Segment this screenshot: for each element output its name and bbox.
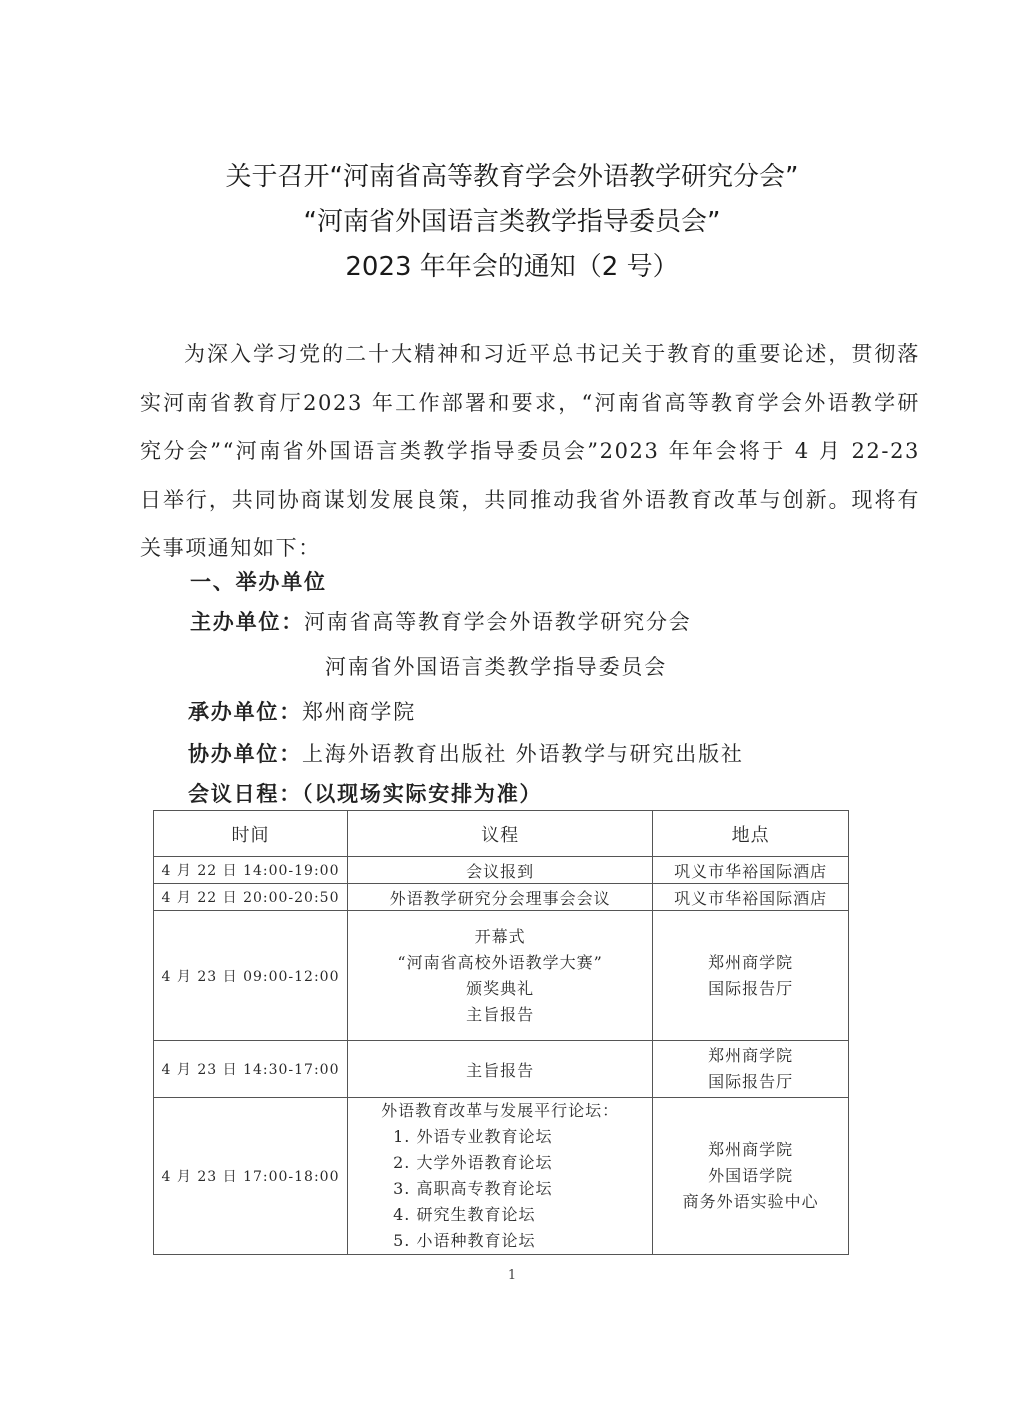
cell-agenda: 主旨报告 [348,1041,653,1098]
host-line-1: 河南省高等教育学会外语教学研究分会 [304,610,692,634]
agenda-line: 颁奖典礼 [352,976,648,1002]
doc-title-line-3: 2023 年年会的通知（2 号） [0,246,1024,283]
table-header-row: 时间 议程 地点 [154,811,849,857]
cell-venue: 郑州商学院 国际报告厅 [653,911,849,1041]
header-time: 时间 [154,811,348,857]
agenda-line: 外语教育改革与发展平行论坛： [381,1098,619,1124]
section-heading: 一、举办单位 [190,566,327,596]
venue-line: 外国语学院 [657,1163,844,1189]
venue-line: 国际报告厅 [657,976,844,1002]
intro-paragraph: 为深入学习党的二十大精神和习近平总书记关于教育的重要论述，贯彻落实河南省教育厅2… [140,330,920,573]
agenda-line: 开幕式 [352,924,648,950]
table-row: 4 月 22 日 14:00-19:00 会议报到 巩义市华裕国际酒店 [154,857,849,884]
co-organizer-label: 协办单位： [188,742,302,766]
venue-line: 郑州商学院 [657,1137,844,1163]
agenda-line: 3. 高职高专教育论坛 [381,1176,619,1202]
cell-agenda: 外语教学研究分会理事会会议 [348,884,653,911]
table-row: 4 月 23 日 17:00-18:00 外语教育改革与发展平行论坛： 1. 外… [154,1098,849,1255]
venue-line: 郑州商学院 [657,1043,844,1069]
header-agenda: 议程 [348,811,653,857]
header-venue: 地点 [653,811,849,857]
doc-title-line-1: 关于召开“河南省高等教育学会外语教学研究分会” [0,156,1024,193]
cell-agenda: 外语教育改革与发展平行论坛： 1. 外语专业教育论坛 2. 大学外语教育论坛 3… [348,1098,653,1255]
cell-time: 4 月 23 日 14:30-17:00 [154,1041,348,1098]
cell-agenda: 会议报到 [348,857,653,884]
cell-agenda: 开幕式 “河南省高校外语教学大赛” 颁奖典礼 主旨报告 [348,911,653,1041]
schedule-row: 会议日程：（以现场实际安排为准） [188,778,542,808]
table-row: 4 月 23 日 09:00-12:00 开幕式 “河南省高校外语教学大赛” 颁… [154,911,849,1041]
cell-time: 4 月 23 日 17:00-18:00 [154,1098,348,1255]
co-organizer-value: 上海外语教育出版社 外语教学与研究出版社 [302,742,744,766]
cell-time: 4 月 22 日 14:00-19:00 [154,857,348,884]
organizer-label: 承办单位： [188,700,302,724]
organizer-value: 郑州商学院 [302,700,416,724]
organizer-row: 承办单位：郑州商学院 [188,696,416,726]
agenda-line: 1. 外语专业教育论坛 [381,1124,619,1150]
venue-line: 郑州商学院 [657,950,844,976]
agenda-line: 2. 大学外语教育论坛 [381,1150,619,1176]
host-label: 主办单位： [190,610,304,634]
cell-venue: 郑州商学院 国际报告厅 [653,1041,849,1098]
venue-line: 国际报告厅 [657,1069,844,1095]
cell-venue: 巩义市华裕国际酒店 [653,857,849,884]
schedule-note: （以现场实际安排为准） [302,782,542,806]
host-row: 主办单位：河南省高等教育学会外语教学研究分会 [190,606,692,636]
cell-venue: 巩义市华裕国际酒店 [653,884,849,911]
doc-title-line-2: “河南省外国语言类教学指导委员会” [0,201,1024,238]
venue-line: 商务外语实验中心 [657,1189,844,1215]
cell-time: 4 月 22 日 20:00-20:50 [154,884,348,911]
schedule-label: 会议日程： [188,782,302,806]
table-row: 4 月 23 日 14:30-17:00 主旨报告 郑州商学院 国际报告厅 [154,1041,849,1098]
agenda-line: “河南省高校外语教学大赛” [352,950,648,976]
co-organizer-row: 协办单位：上海外语教育出版社 外语教学与研究出版社 [188,738,744,768]
schedule-table: 时间 议程 地点 4 月 22 日 14:00-19:00 会议报到 巩义市华裕… [153,810,849,1255]
host-line-2: 河南省外国语言类教学指导委员会 [325,651,667,681]
agenda-line: 4. 研究生教育论坛 [381,1202,619,1228]
agenda-line: 主旨报告 [352,1002,648,1028]
cell-venue: 郑州商学院 外国语学院 商务外语实验中心 [653,1098,849,1255]
page-number: 1 [0,1268,1024,1283]
cell-time: 4 月 23 日 09:00-12:00 [154,911,348,1041]
agenda-line: 5. 小语种教育论坛 [381,1228,619,1254]
table-row: 4 月 22 日 20:00-20:50 外语教学研究分会理事会会议 巩义市华裕… [154,884,849,911]
